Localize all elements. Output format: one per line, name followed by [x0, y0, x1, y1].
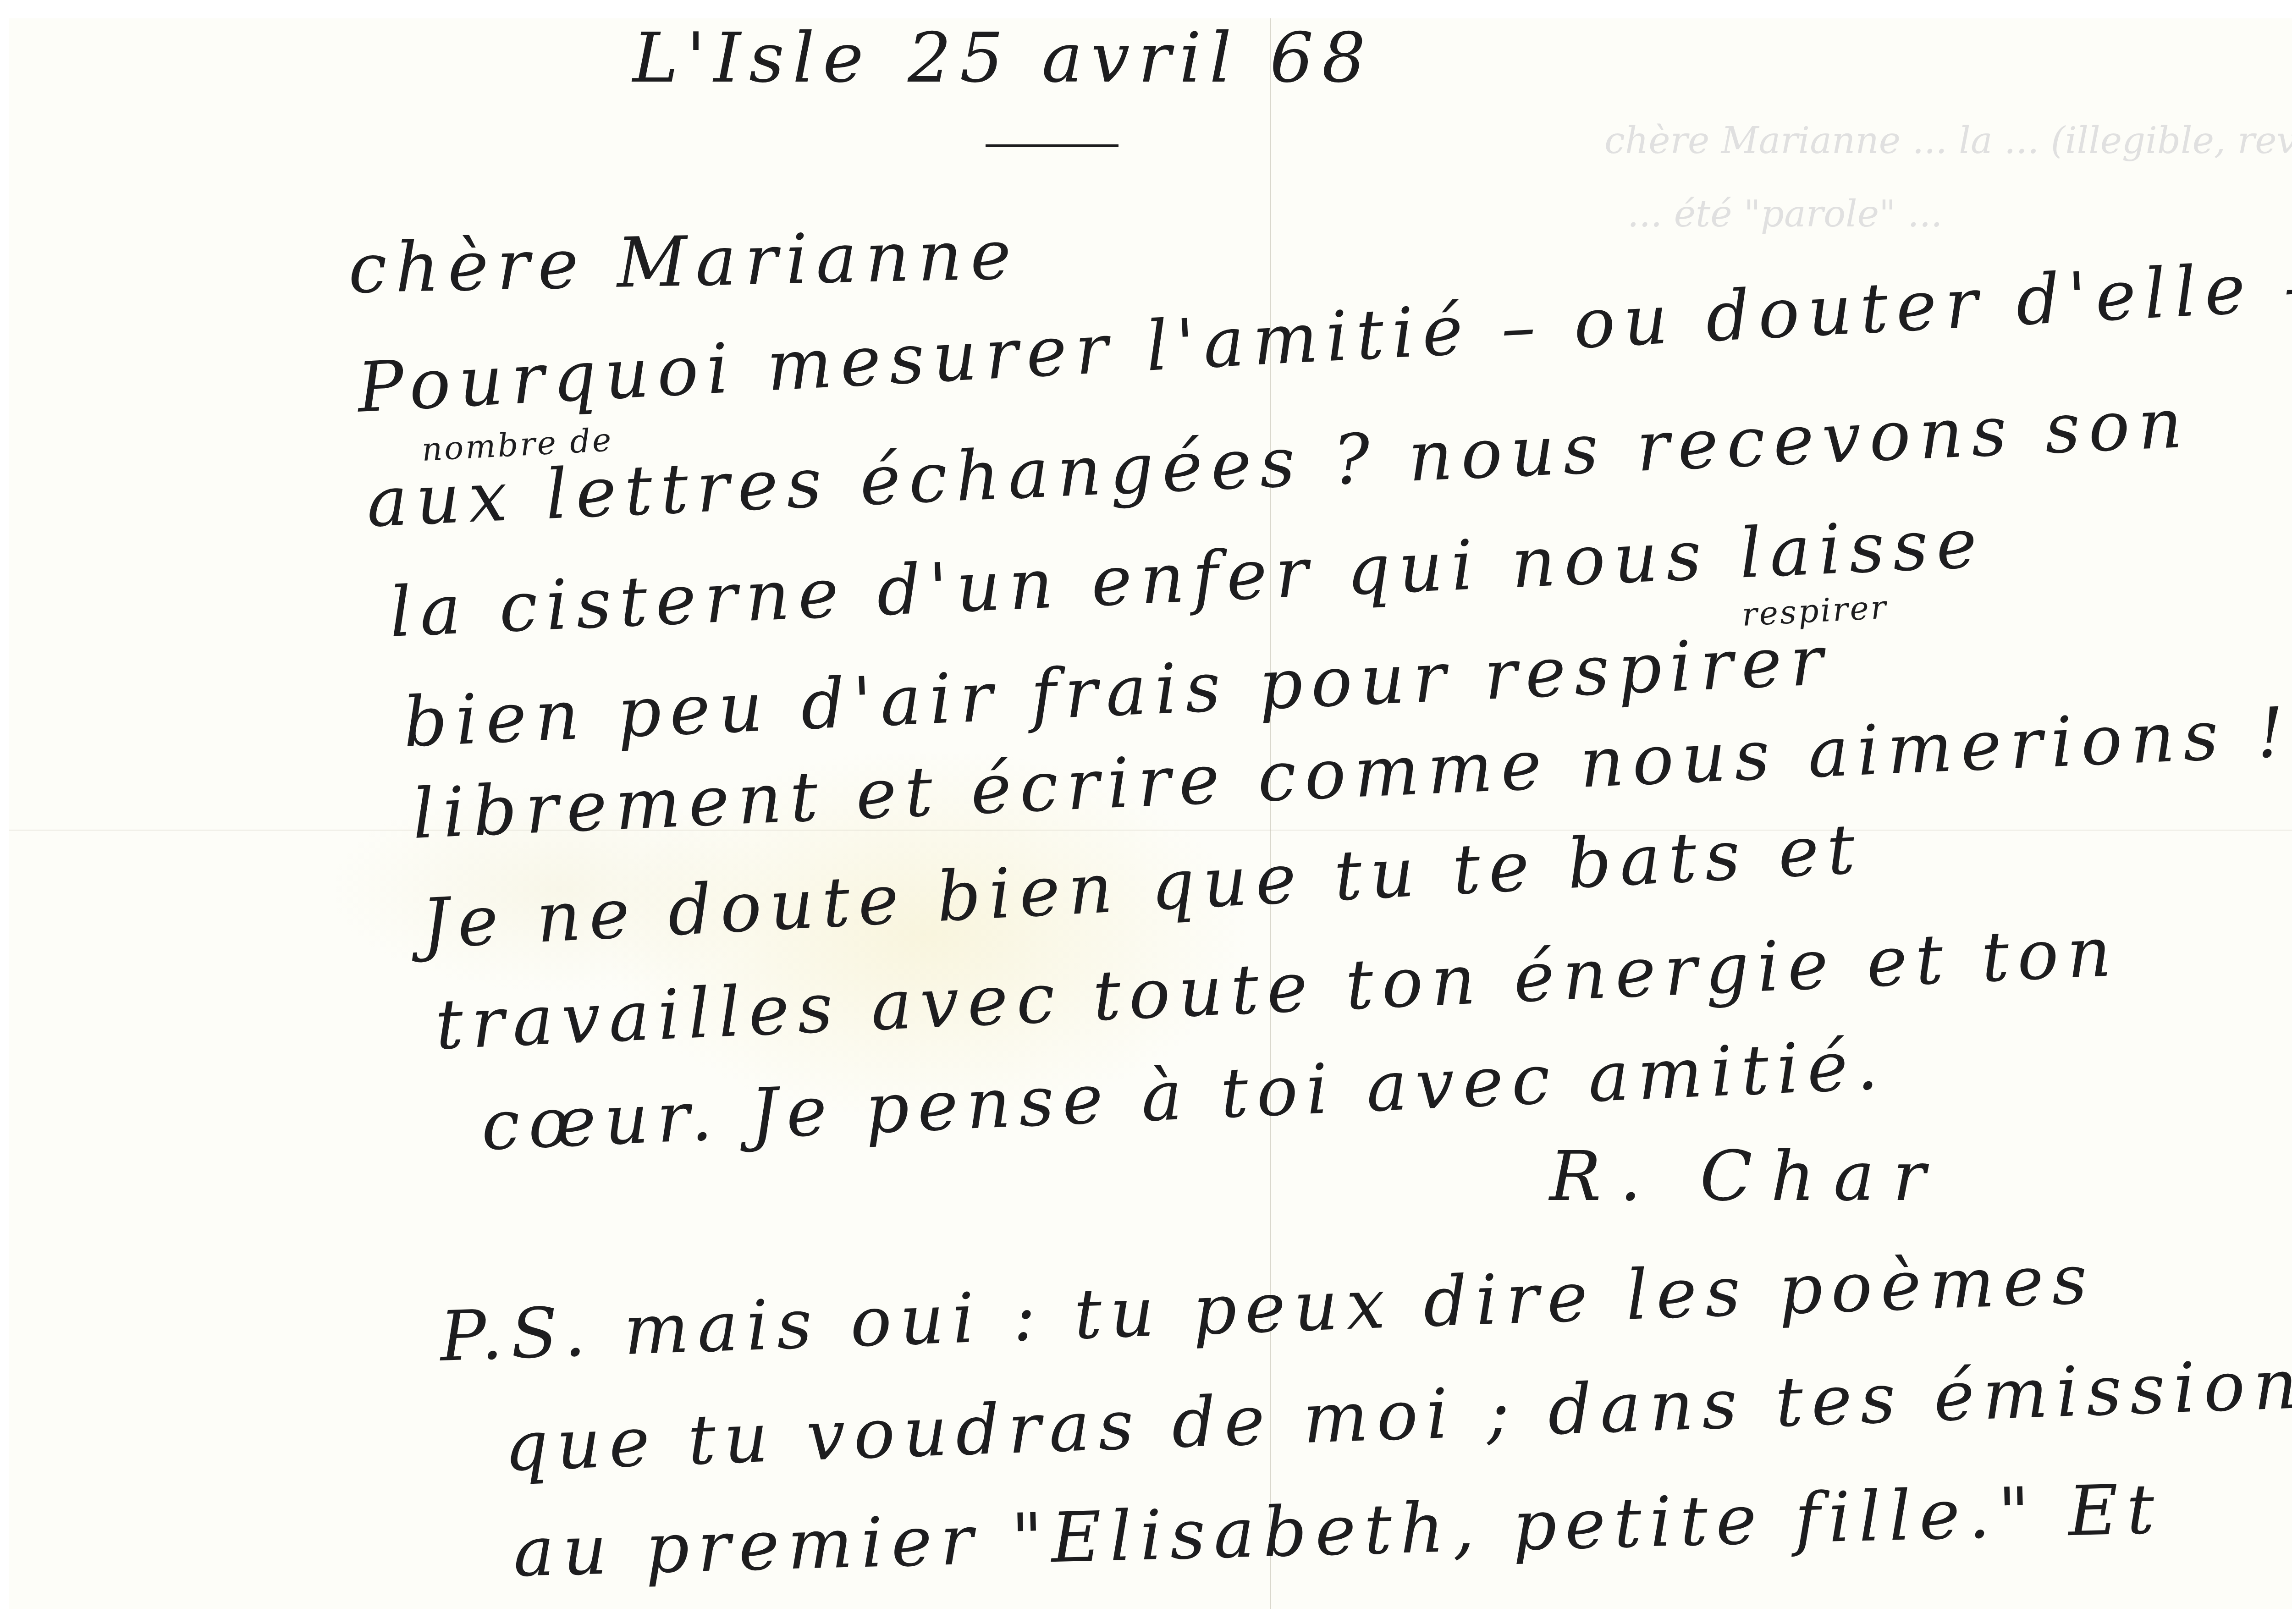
bleed-through-line-2: ... été "parole" ...: [1627, 193, 1943, 235]
bleed-through-line-1: chère Marianne ... la ... (illegible, re…: [1604, 119, 2292, 162]
salutation: chère Marianne: [347, 215, 1020, 309]
horizontal-fold-crease: [9, 830, 2292, 831]
header-divider: [986, 144, 1118, 147]
signature: R. Char: [1549, 1137, 1944, 1217]
header-date: 25 avril 68: [908, 18, 1374, 98]
header-place: L'Isle: [633, 18, 872, 98]
